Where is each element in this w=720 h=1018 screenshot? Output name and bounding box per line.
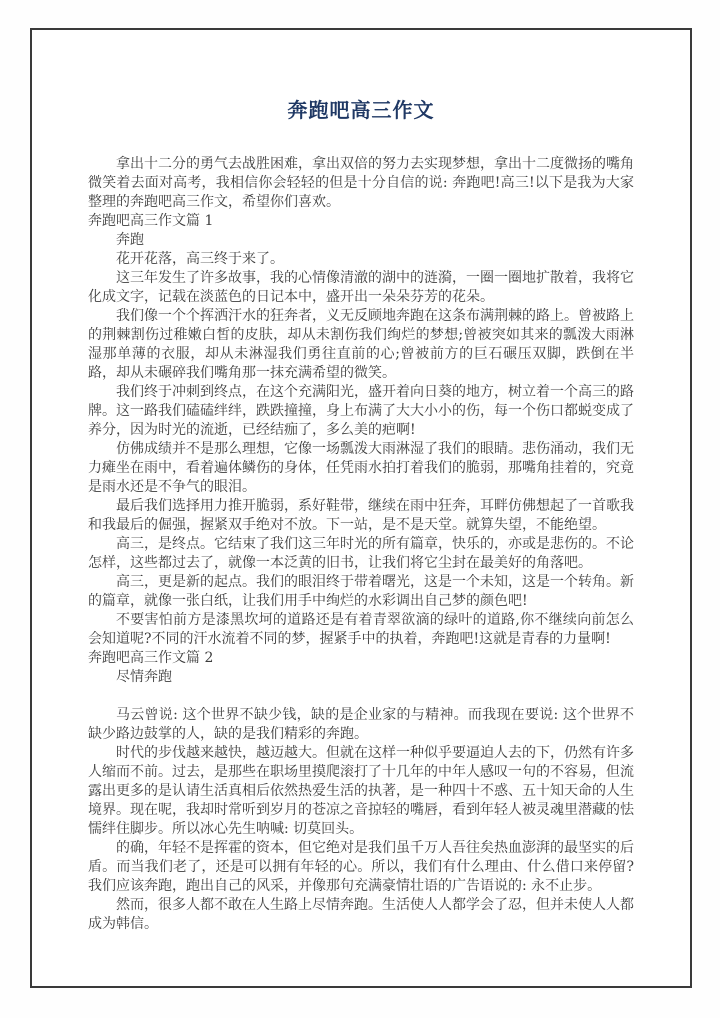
page-title: 奔跑吧高三作文 [88,94,634,123]
paragraph: 最后我们选择用力推开脆弱，系好鞋带，继续在雨中狂奔，耳畔仿佛想起了一首歌我和我最… [88,497,634,535]
paragraph: 仿佛成绩并不是那么理想，它像一场瓢泼大雨淋湿了我们的眼睛。悲伤涌动，我们无力瘫坐… [88,440,634,497]
section-heading-1: 奔跑吧高三作文篇 1 [88,212,634,231]
document-content: 奔跑吧高三作文 拿出十二分的勇气去战胜困难，拿出双倍的努力去实现梦想，拿出十二度… [32,30,690,934]
essay1-subtitle: 奔跑 [88,231,634,250]
paragraph-intro: 拿出十二分的勇气去战胜困难，拿出双倍的努力去实现梦想，拿出十二度微扬的嘴角微笑着… [88,155,634,212]
paragraph: 花开花落，高三终于来了。 [88,250,634,269]
paragraph: 高三，更是新的起点。我们的眼泪终于带着曙光，这是一个未知，这是一个转角。新的篇章… [88,573,634,611]
paragraph: 时代的步伐越来越快，越迈越大。但就在这样一种似乎要逼迫人去的下，仍然有许多人缩而… [88,744,634,839]
paragraph: 这三年发生了许多故事，我的心情像清澈的湖中的涟漪，一圈一圈地扩散着，我将它化成文… [88,269,634,307]
paragraph: 我们像一个个挥洒汗水的狂奔者，义无反顾地奔跑在这条布满荆棘的路上。曾被路上的荆棘… [88,307,634,383]
paragraph: 然而，很多人都不敢在人生路上尽情奔跑。生活使人人都学会了忍，但并未使人人都成为韩… [88,896,634,934]
essay2-subtitle: 尽情奔跑 [88,668,634,687]
document-page: 奔跑吧高三作文 拿出十二分的勇气去战胜困难，拿出双倍的努力去实现梦想，拿出十二度… [30,28,692,988]
paragraph: 不要害怕前方是漆黑坎坷的道路还是有着青翠欲滴的绿叶的道路,你不继续向前怎么会知道… [88,611,634,649]
paragraph: 我们终于冲刺到终点，在这个充满阳光，盛开着向日葵的地方，树立着一个高三的路牌。这… [88,383,634,440]
paragraph: 高三，是终点。它结束了我们这三年时光的所有篇章，快乐的，亦或是悲伤的。不论怎样，… [88,535,634,573]
paragraph: 的确，年轻不是挥霍的资本，但它绝对是我们虽千万人吾往矣热血澎湃的最坚实的后盾。而… [88,839,634,896]
section-heading-2: 奔跑吧高三作文篇 2 [88,649,634,668]
paragraph: 马云曾说: 这个世界不缺少钱，缺的是企业家的与精神。而我现在要说: 这个世界不缺… [88,706,634,744]
